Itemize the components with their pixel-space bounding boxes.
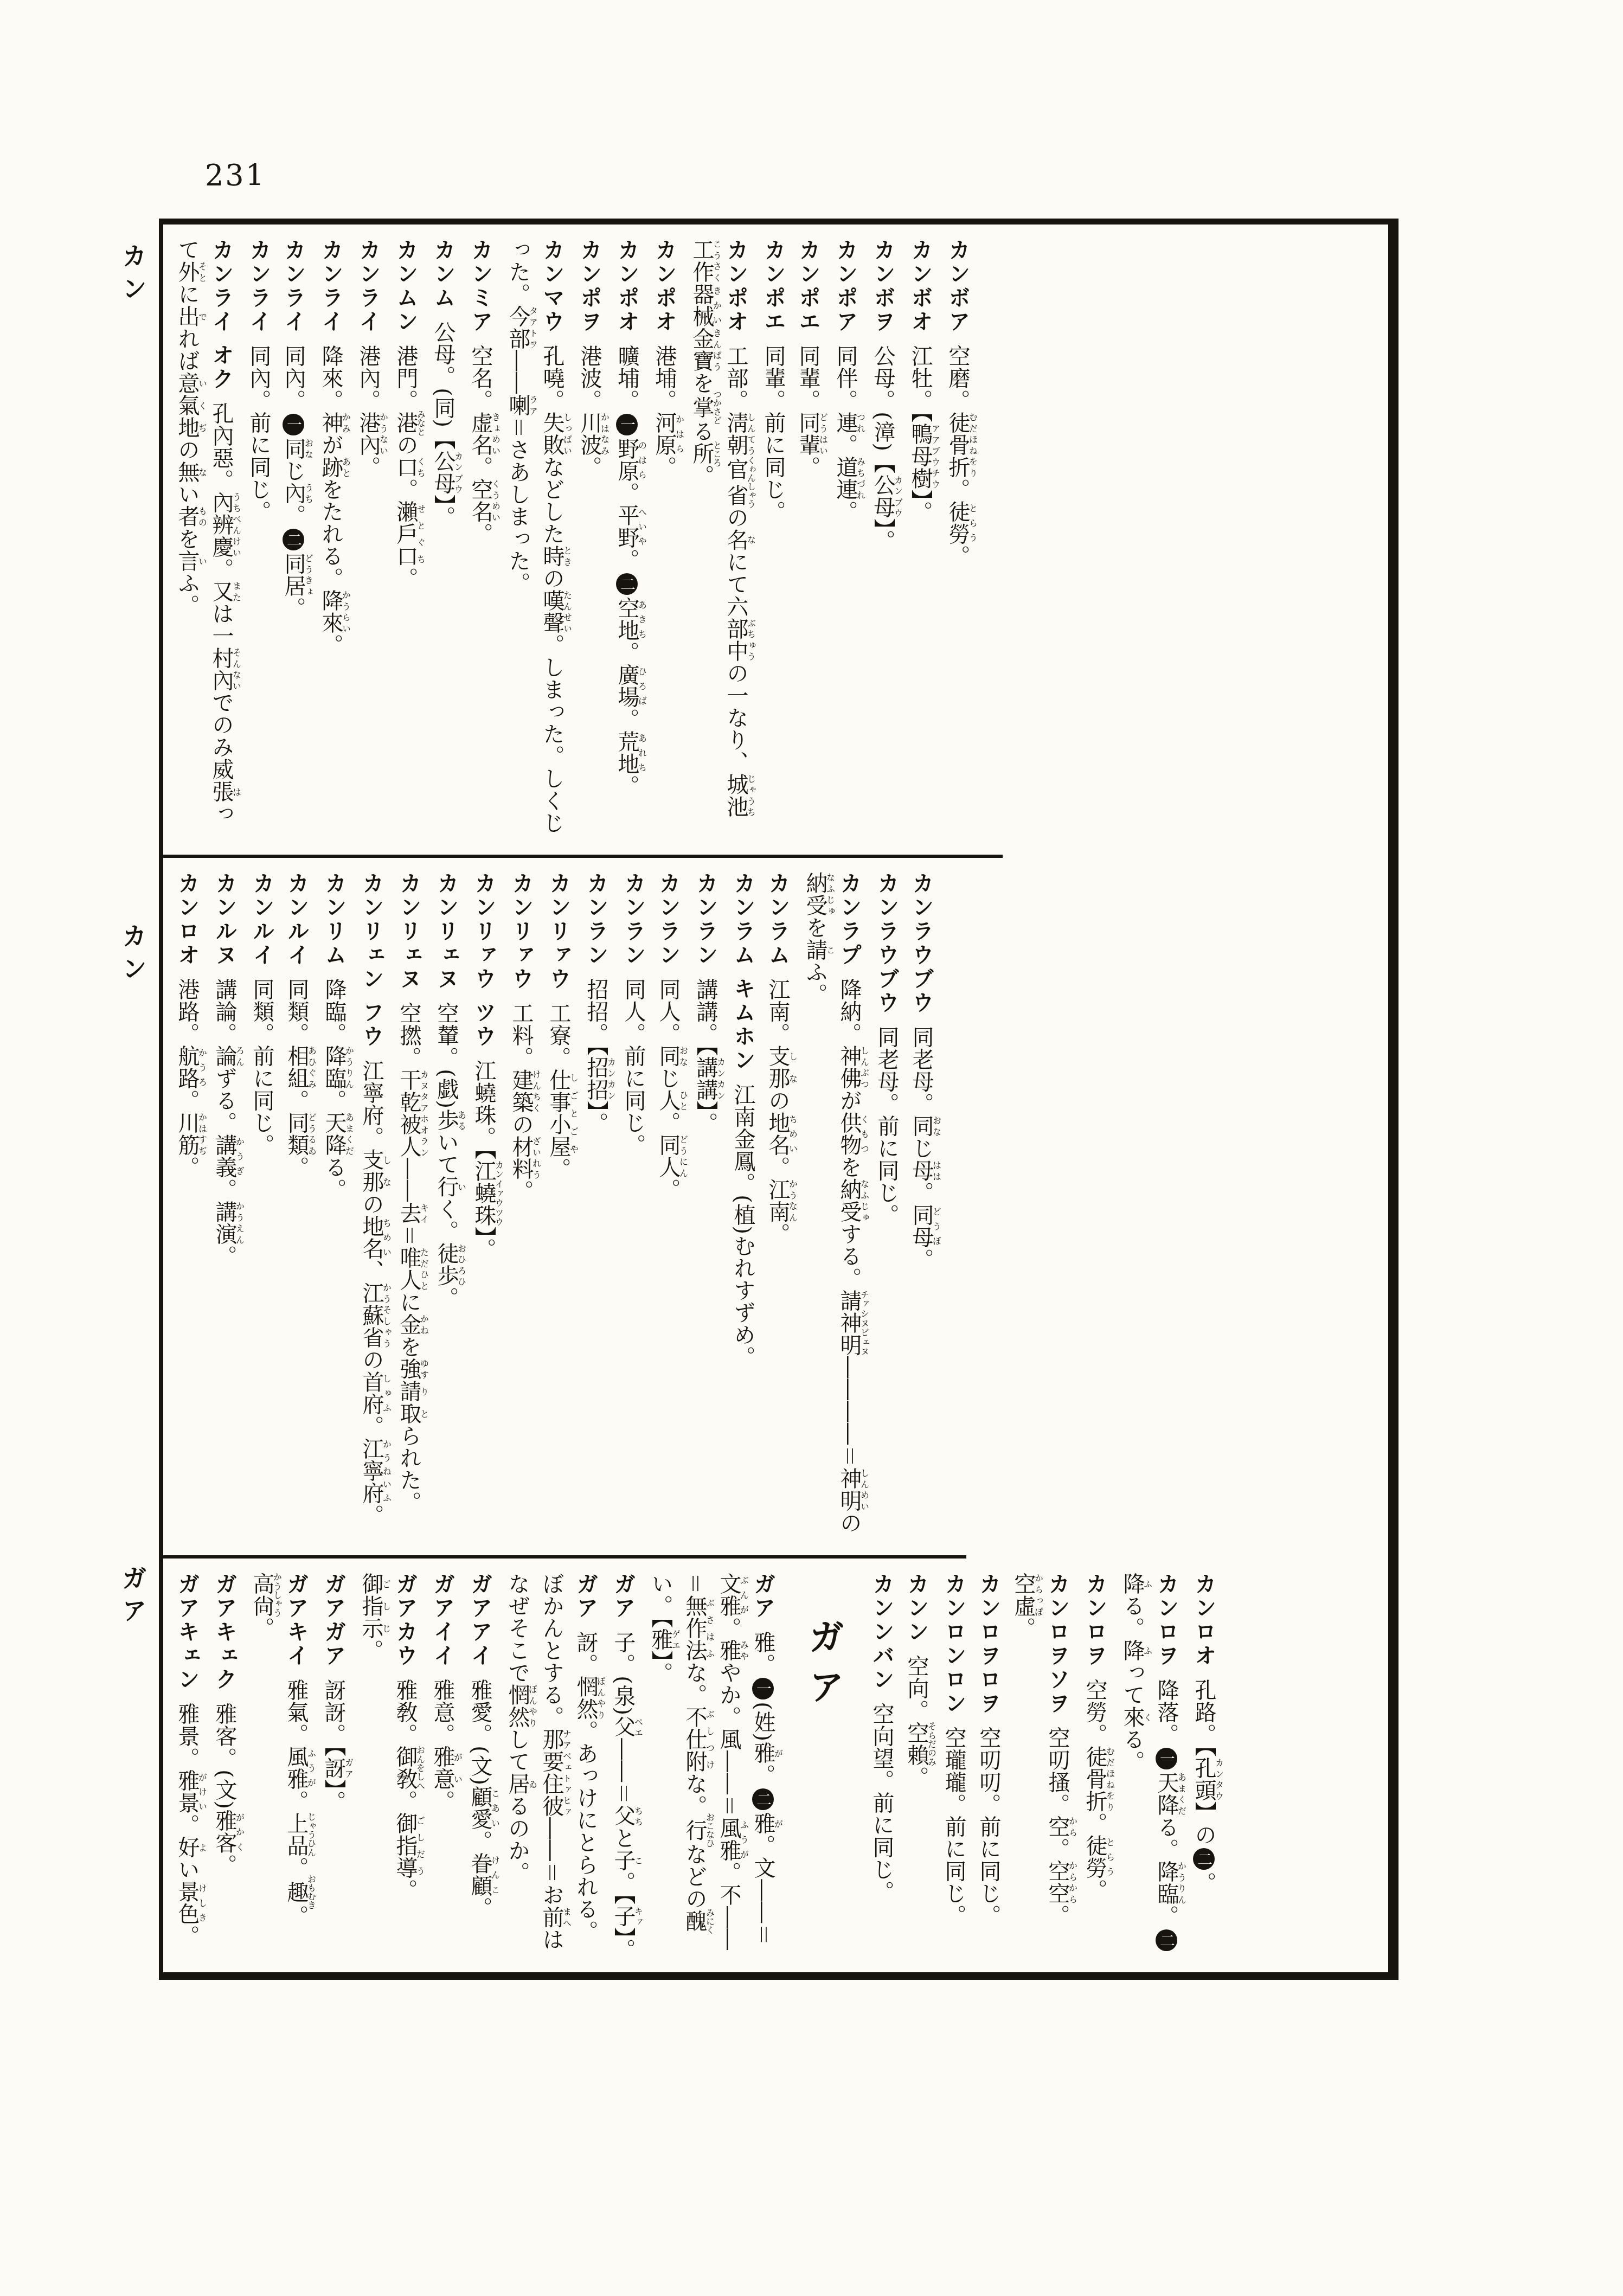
entry-headword: カンロンロン bbox=[941, 1573, 966, 1716]
entry-headword: カンボオ bbox=[908, 239, 933, 334]
entry-definition: 降納。神佛しんぶつが供物くもつを納受なふじゅする。請神明チァシヌビェヌ――――＝… bbox=[803, 872, 862, 1534]
entry-headword: カンラム キムホン bbox=[730, 872, 755, 1073]
margin-guide-label-kan-2: カン bbox=[116, 923, 151, 988]
entry-headword: カンロオ bbox=[175, 872, 200, 967]
dictionary-entry: カンロンロン空瓏瓏。前に同じ。 bbox=[936, 1573, 971, 1964]
entry-headword: カンラウブウ bbox=[909, 872, 934, 1015]
dictionary-entry: カンミア空名。虚名きょめい。空名くうめい。 bbox=[463, 239, 500, 846]
dictionary-entry: カンロヲロヲ空叨叨。前に同じ。 bbox=[971, 1573, 1005, 1964]
entry-definition: 曠埔。一野原のはら。平野へいや。二空地あきち。廣場ひろば。荒地あれち。 bbox=[614, 345, 639, 797]
entry-headword: カンリァウ bbox=[546, 872, 571, 991]
entry-headword: カンロヲソヲ bbox=[1045, 1573, 1070, 1716]
entry-definition: 空叨叨。前に同じ。 bbox=[976, 1727, 1001, 1927]
entry-headword: ガアアイ bbox=[467, 1573, 492, 1668]
dictionary-entry: カンロヲ空勞。徒骨折むだほねをり。徒勞とらう。 bbox=[1077, 1573, 1114, 1964]
entry-definition: 同輩。前に同じ。 bbox=[761, 345, 786, 523]
entry-definition: 訝。惘然ぼんやり。あっけにとられる。ぼかんとする。那要住彼ナアベェトァヒァ――＝… bbox=[505, 1573, 598, 1951]
sense-number-2: 二 bbox=[1156, 1929, 1177, 1951]
entry-definition: 公母。(同)【公母カンブウ】。 bbox=[431, 321, 456, 528]
band-gaa: カンロオ孔路。【孔頭カンタウ】の二。カンロヲ降落。一天降あまくだる。降臨かうりん… bbox=[163, 1559, 1249, 1972]
dictionary-entry: ガアキェク雅客。(文)雅客がかく。 bbox=[207, 1573, 244, 1964]
dictionary-entry: カンポヲ港波。川波かはなみ。 bbox=[572, 239, 609, 846]
dictionary-entry: カンポオ港埔。河原かはら。 bbox=[647, 239, 684, 846]
dictionary-entry: カンマウ孔嘵。失敗しっぱいなどした時ときの嘆聲たんせい。しまった。しくじった。今… bbox=[501, 239, 572, 846]
dictionary-entry: カンン空向。空賴そらだのみ。 bbox=[899, 1573, 936, 1964]
dictionary-entry: カンライ港內。港內かうない。 bbox=[351, 239, 388, 846]
dictionary-entry: カンリァウ ツウ江蟯珠。【江蟯珠カンイァウツウ】。 bbox=[466, 872, 503, 1547]
entry-headword: カンリム bbox=[322, 872, 347, 967]
entry-headword: カンリェン フウ bbox=[359, 872, 384, 1049]
entry-definition: 講講。【講講カンカン】。 bbox=[693, 978, 718, 1134]
entry-definition: 雅景。雅景がけい。好よい景色けしき。 bbox=[175, 1703, 200, 1947]
sense-number-2: 二 bbox=[616, 573, 638, 595]
dictionary-entry: カンライ同內。一同おなじ內うち。二同居どうきょ。 bbox=[276, 239, 313, 846]
dictionary-entry: カンラン招招。【招招カンカン】。 bbox=[579, 872, 615, 1547]
dictionary-entry: カンラウブウ同老母。前に同じ。 bbox=[869, 872, 903, 1547]
entry-headword: ガアキェク bbox=[212, 1573, 237, 1692]
dictionary-entry: カンルヌ講論。論ろんずる。講義かうぎ。講演かうえん。 bbox=[207, 872, 244, 1547]
section-heading: ガア bbox=[798, 1573, 849, 1964]
entry-headword: カンラプ bbox=[837, 872, 862, 967]
entry-definition: 空撚。干乾被人カヌタアホオラン――去キイ＝唯人ただひとに金かねを強ゆす請取りとら… bbox=[396, 1002, 421, 1513]
band-kan-2: カンラウブウ同老母。同おなじ母はは。同母どうぼ。カンラウブウ同老母。前に同じ。カ… bbox=[163, 858, 966, 1559]
entry-definition: 雅愛。(文)顧愛こあい。眷顧けんこ。 bbox=[467, 1679, 492, 1919]
entry-headword: カンルヌ bbox=[212, 872, 237, 967]
dictionary-entry: ガア訝。惘然ぼんやり。あっけにとられる。ぼかんとする。那要住彼ナアベェトァヒァ―… bbox=[500, 1573, 605, 1964]
dictionary-entry: カンム公母。(同)【公母カンブウ】。 bbox=[426, 239, 463, 846]
entry-headword: ガア bbox=[573, 1573, 598, 1620]
entry-definition: 江南。支那しなの地名ちめい。江南かうなん。 bbox=[765, 978, 790, 1245]
sense-number-1: 一 bbox=[1156, 1748, 1177, 1769]
dictionary-entry: カンロヲ降落。一天降あまくだる。降臨かうりん。二降ふる。降ふって來くる。 bbox=[1115, 1573, 1186, 1964]
entry-headword: カンポオ bbox=[614, 239, 639, 334]
dictionary-entry: カンロオ港路。航路かうろ。川筋かはすぢ。 bbox=[170, 872, 207, 1547]
entry-headword: カンライ bbox=[318, 239, 343, 334]
entry-definition: 公母。(漳)【公母カンブウ】。 bbox=[870, 345, 895, 552]
entry-definition: 空名。虚名きょめい。空名くうめい。 bbox=[468, 345, 493, 545]
dictionary-entry: ガアアイ雅愛。(文)顧愛こあい。眷顧けんこ。 bbox=[463, 1573, 499, 1964]
entry-definition: 工料。建築けんちくの材料ざいれう。 bbox=[509, 1002, 534, 1202]
sense-number-1: 一 bbox=[616, 414, 638, 435]
sense-number-2: 二 bbox=[752, 1788, 774, 1810]
band-kan-1: カンボア空磨。徒骨折むだほねをり。徒勞とらう。カンボオ江牡。【鴨母樹アアブウチウ… bbox=[163, 225, 1003, 858]
entry-headword: カンロヲ bbox=[1154, 1573, 1179, 1668]
entry-headword: カンミア bbox=[468, 239, 493, 334]
dictionary-entry: カンポエ同輩。前に同じ。 bbox=[756, 239, 790, 846]
dictionary-entry: カンラム江南。支那しなの地名ちめい。江南かうなん。 bbox=[760, 872, 797, 1547]
dictionary-entry: ガアイイ雅意。雅意がい。 bbox=[425, 1573, 462, 1964]
entry-definition: 空勞。徒骨折むだほねをり。徒勞とらう。 bbox=[1082, 1679, 1107, 1901]
dictionary-entry: カンボア空磨。徒骨折むだほねをり。徒勞とらう。 bbox=[940, 239, 977, 846]
entry-definition: 同老母。前に同じ。 bbox=[874, 1026, 899, 1226]
margin-guide-label-gaa: ガア bbox=[116, 1565, 151, 1630]
entry-definition: 空向。空賴そらだのみ。 bbox=[904, 1655, 929, 1788]
entry-headword: カンム bbox=[431, 239, 456, 310]
entry-definition: 空瓏瓏。前に同じ。 bbox=[941, 1727, 966, 1927]
entry-headword: カンリェヌ bbox=[396, 872, 421, 991]
entry-headword: カンラウブウ bbox=[874, 872, 899, 1015]
entry-headword: カンボヲ bbox=[870, 239, 895, 334]
entry-definition: 訝訝。【訝ガア】。 bbox=[321, 1679, 346, 1813]
entry-definition: 同類。相組あひぐみ。同類どうるゐ。 bbox=[284, 978, 309, 1178]
entry-headword: ガア bbox=[750, 1573, 775, 1620]
dictionary-entry: カンムン港門。港みなとの口くち。瀨戶口せとぐち。 bbox=[388, 239, 425, 846]
entry-definition: 降臨。降臨かうりん。天降あまくだる。 bbox=[322, 978, 347, 1201]
entry-definition: 港波。川波かはなみ。 bbox=[577, 345, 602, 478]
dictionary-entry: カンライ同內。前に同じ。 bbox=[241, 239, 275, 846]
entry-headword: カンポオ bbox=[723, 239, 748, 334]
dictionary-entry: カンリム降臨。降臨かうりん。天降あまくだる。 bbox=[317, 872, 354, 1547]
entry-definition: 同人。同おなじ人ひと。同人どうにん。 bbox=[656, 978, 681, 1201]
dictionary-entry: カンラン同人。同おなじ人ひと。同人どうにん。 bbox=[651, 872, 688, 1547]
dictionary-entry: ガアキェン雅景。雅景がけい。好よい景色けしき。 bbox=[170, 1573, 207, 1964]
dictionary-entry: カンリァウ工寮。仕事小屋しごとごや。 bbox=[541, 872, 578, 1547]
entry-definition: 雅。一(姓)雅が。二雅が。文――＝文雅ぶんが。雅みややか。風――＝風雅ふうが。不… bbox=[648, 1573, 775, 1951]
entry-headword: カンライ bbox=[281, 239, 306, 334]
dictionary-entry: カンライ降來。神かみが跡あとをたれる。降來かうらい。 bbox=[313, 239, 350, 846]
entry-headword: カンラン bbox=[583, 872, 608, 967]
margin-guide-label-kan-1: カン bbox=[116, 243, 151, 308]
entry-definition: 港內。港內かうない。 bbox=[356, 345, 381, 478]
entry-headword: ガアキェン bbox=[175, 1573, 200, 1692]
entry-definition: 子。(泉)父ペエ――＝父ちちと子こ。【子キァ】。 bbox=[611, 1631, 636, 1961]
entry-definition: 空向望。前に同じ。 bbox=[869, 1703, 894, 1903]
entry-definition: 江南金鳳。(植)むれすずめ。 bbox=[730, 1083, 755, 1368]
dictionary-entry: ガアキイ雅氣。風雅ふうが。上品じゃうひん。趣おもむき。高尙かうしゃう。 bbox=[245, 1573, 316, 1964]
entry-definition: 同類。前に同じ。 bbox=[249, 978, 274, 1156]
entry-definition: 同內。前に同じ。 bbox=[246, 345, 271, 523]
entry-headword: カンラン bbox=[656, 872, 681, 967]
dictionary-entry: カンリェヌ空撚。干乾被人カヌタアホオラン――去キイ＝唯人ただひとに金かねを強ゆす… bbox=[392, 872, 428, 1547]
entry-definition: 港路。航路かうろ。川筋かはすぢ。 bbox=[175, 978, 200, 1178]
entry-definition: 雅意。雅意がい。 bbox=[430, 1679, 455, 1812]
entry-headword: カンンバン bbox=[869, 1573, 894, 1692]
dictionary-entry: カンリァウ工料。建築けんちくの材料ざいれう。 bbox=[504, 872, 541, 1547]
dictionary-entry: ガアガア訝訝。【訝ガア】。 bbox=[316, 1573, 353, 1964]
dictionary-entry: カンラム キムホン江南金鳳。(植)むれすずめ。 bbox=[726, 872, 760, 1547]
entry-definition: 孔路。【孔頭カンタウ】の二。 bbox=[1191, 1679, 1216, 1894]
entry-headword: カンン bbox=[904, 1573, 929, 1644]
entry-definition: 江牡。【鴨母樹アアブウチウ】。 bbox=[908, 345, 933, 523]
entry-headword: カンルイ bbox=[249, 872, 274, 967]
entry-definition: 同伴。連つれ。道連みちづれ。 bbox=[833, 345, 858, 523]
entry-headword: カンラン bbox=[621, 872, 646, 967]
dictionary-entry: カンボオ江牡。【鴨母樹アアブウチウ】。 bbox=[903, 239, 940, 846]
entry-headword: カンムン bbox=[393, 239, 418, 334]
dictionary-entry: カンポエ同輩。同輩どうはい。 bbox=[791, 239, 827, 846]
entry-headword: カンボア bbox=[945, 239, 970, 334]
entry-headword: カンロオ bbox=[1191, 1573, 1216, 1668]
entry-definition: 空輦。(戯)歩あるいて行いく。徒歩おひろひ。 bbox=[434, 1002, 459, 1309]
entry-headword: カンライ オク bbox=[209, 239, 234, 392]
scanned-dictionary-page: { "page": { "number": "231" }, "margin_l… bbox=[0, 0, 1623, 2296]
dictionary-entry: カンリェヌ空輦。(戯)歩あるいて行いく。徒歩おひろひ。 bbox=[429, 872, 466, 1547]
entry-headword: カンポエ bbox=[796, 239, 820, 334]
entry-definition: 招招。【招招カンカン】。 bbox=[583, 978, 608, 1134]
entry-headword: カンライ bbox=[246, 239, 271, 334]
sense-number-2: 二 bbox=[1193, 1848, 1215, 1870]
dictionary-entry: カンンバン空向望。前に同じ。 bbox=[864, 1573, 899, 1964]
entry-definition: 空磨。徒骨折むだほねをり。徒勞とらう。 bbox=[945, 345, 970, 567]
sense-number-1: 一 bbox=[752, 1678, 774, 1699]
entry-definition: 同老母。同おなじ母はは。同母どうぼ。 bbox=[909, 1026, 934, 1271]
dictionary-entry: カンロヲソヲ空叨搔。空から。空空からから。空虛からっぽ。 bbox=[1006, 1573, 1077, 1964]
content-frame: カンボア空磨。徒骨折むだほねをり。徒勞とらう。カンボオ江牡。【鴨母樹アアブウチウ… bbox=[159, 219, 1399, 1980]
dictionary-entry: カンラン講講。【講講カンカン】。 bbox=[688, 872, 725, 1547]
dictionary-entry: カンルイ同類。相組あひぐみ。同類どうるゐ。 bbox=[279, 872, 316, 1547]
dictionary-entry: カンリェン フウ江寧府。支那しなの地名ちめい、江蘇省かうそしゃうの首府しゅふ。江… bbox=[354, 872, 391, 1547]
entry-headword: カンラム bbox=[765, 872, 790, 967]
entry-headword: ガアキイ bbox=[284, 1573, 309, 1668]
entry-headword: ガアカウ bbox=[393, 1573, 418, 1668]
entry-headword: カンリェヌ bbox=[434, 872, 459, 991]
dictionary-entry: ガアカウ雅敎。御敎おんをしへ。御指導ごしだう。御指示ごしじ。 bbox=[354, 1573, 425, 1964]
entry-headword: カンラン bbox=[693, 872, 718, 967]
dictionary-entry: ガア雅。一(姓)雅が。二雅が。文――＝文雅ぶんが。雅みややか。風――＝風雅ふうが… bbox=[643, 1573, 782, 1964]
entry-headword: カンポエ bbox=[761, 239, 786, 334]
dictionary-entry: カンラウブウ同老母。同おなじ母はは。同母どうぼ。 bbox=[904, 872, 941, 1547]
entry-headword: カンマウ bbox=[540, 239, 564, 334]
entry-headword: カンライ bbox=[356, 239, 381, 334]
entry-definition: 同人。前に同じ。 bbox=[621, 978, 646, 1156]
entry-definition: 港門。港みなとの口くち。瀨戶口せとぐち。 bbox=[393, 345, 418, 589]
dictionary-entry: カンルイ同類。前に同じ。 bbox=[245, 872, 279, 1547]
entry-headword: カンルイ bbox=[284, 872, 309, 967]
entry-definition: 雅客。(文)雅客がかく。 bbox=[212, 1703, 237, 1876]
entry-headword: ガアイイ bbox=[430, 1573, 455, 1668]
dictionary-entry: カンポオ工部。淸朝しんてう官省くゎんしゃうの名なにて六部中ぶちゅうの一なり、城池… bbox=[684, 239, 755, 846]
entry-definition: 工寮。仕事小屋しごとごや。 bbox=[546, 1002, 571, 1180]
dictionary-entry: カンロオ孔路。【孔頭カンタウ】の二。 bbox=[1186, 1573, 1223, 1964]
dictionary-entry: カンポオ曠埔。一野原のはら。平野へいや。二空地あきち。廣場ひろば。荒地あれち。 bbox=[610, 239, 646, 846]
entry-definition: 講論。論ろんずる。講義かうぎ。講演かうえん。 bbox=[212, 978, 237, 1267]
entry-definition: 降來。神かみが跡あとをたれる。降來かうらい。 bbox=[318, 345, 343, 656]
entry-definition: 同內。一同おなじ內うち。二同居どうきょ。 bbox=[281, 345, 306, 619]
sense-number-1: 一 bbox=[283, 414, 304, 435]
entry-headword: ガア bbox=[611, 1573, 636, 1620]
page-number: 231 bbox=[205, 158, 266, 193]
entry-headword: ガアガア bbox=[321, 1573, 346, 1668]
dictionary-entry: カンボヲ公母。(漳)【公母カンブウ】。 bbox=[865, 239, 902, 846]
entry-definition: 港埔。河原かはら。 bbox=[652, 345, 677, 478]
entry-headword: カンポオ bbox=[652, 239, 677, 334]
dictionary-entry: カンラプ降納。神佛しんぶつが供物くもつを納受なふじゅする。請神明チァシヌビェヌ―… bbox=[798, 872, 869, 1547]
sense-number-2: 二 bbox=[283, 529, 304, 550]
entry-headword: カンロヲ bbox=[1082, 1573, 1107, 1668]
dictionary-entry: カンラン同人。前に同じ。 bbox=[616, 872, 650, 1547]
entry-headword: カンポヲ bbox=[577, 239, 602, 334]
entry-definition: 江寧府。支那しなの地名ちめい、江蘇省かうそしゃうの首府しゅふ。江寧府かうねいふ。 bbox=[359, 1060, 384, 1527]
entry-definition: 同輩。同輩どうはい。 bbox=[796, 345, 820, 478]
entry-headword: カンポア bbox=[833, 239, 858, 334]
entry-definition: 江蟯珠。【江蟯珠カンイァウツウ】。 bbox=[471, 1060, 496, 1260]
entry-headword: カンリァウ bbox=[509, 872, 534, 991]
entry-headword: カンリァウ ツウ bbox=[471, 872, 496, 1049]
dictionary-entry: カンポア同伴。連つれ。道連みちづれ。 bbox=[828, 239, 865, 846]
entry-headword: カンロヲロヲ bbox=[976, 1573, 1001, 1716]
dictionary-entry: ガア子。(泉)父ペエ――＝父ちちと子こ。【子キァ】。 bbox=[606, 1573, 643, 1964]
dictionary-entry: カンライ オク孔內惡。內辨慶うちべんけい。又または一村內そんないでのみ威張はって… bbox=[170, 239, 241, 846]
